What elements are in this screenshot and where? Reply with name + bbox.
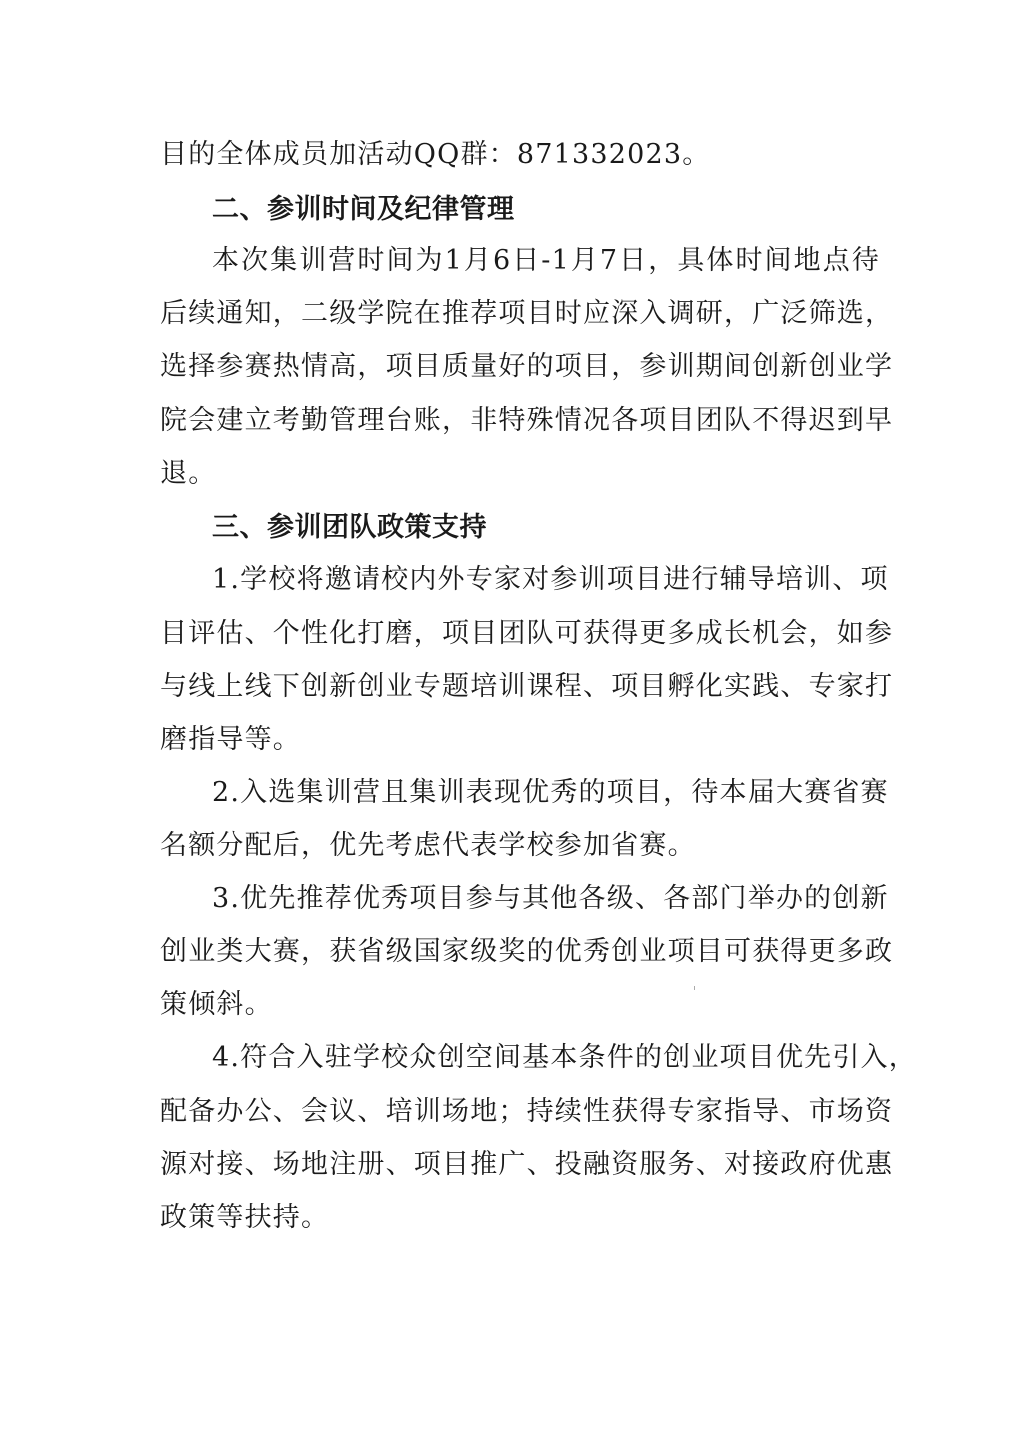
policy-item-4-line-4: 政策等扶持。 <box>160 1200 880 1236</box>
paragraph-schedule-line-4: 院会建立考勤管理台账，非特殊情况各项目团队不得迟到早 <box>160 403 880 439</box>
scan-speck <box>694 986 695 990</box>
policy-item-2-line-1: 2.入选集训营且集训表现优秀的项目，待本届大赛省赛 <box>212 775 880 811</box>
paragraph-schedule-line-3: 选择参赛热情高，项目质量好的项目，参训期间创新创业学 <box>160 349 880 385</box>
policy-item-3-line-3: 策倾斜。 <box>160 987 880 1023</box>
section-heading-policy-support: 三、参训团队政策支持 <box>212 510 932 546</box>
policy-item-1-line-1: 1.学校将邀请校内外专家对参训项目进行辅导培训、项 <box>212 562 880 598</box>
document-page: 目的全体成员加活动QQ群：871332023。 二、参训时间及纪律管理 本次集训… <box>0 0 1024 1447</box>
paragraph-schedule-line-5: 退。 <box>160 456 880 492</box>
body-line-qq-group: 目的全体成员加活动QQ群：871332023。 <box>160 137 880 173</box>
policy-item-4-line-2: 配备办公、会议、培训场地；持续性获得专家指导、市场资 <box>160 1094 880 1130</box>
paragraph-schedule-line-1: 本次集训营时间为1月6日-1月7日，具体时间地点待 <box>212 243 880 279</box>
policy-item-4-line-3: 源对接、场地注册、项目推广、投融资服务、对接政府优惠 <box>160 1147 880 1183</box>
policy-item-1-line-2: 目评估、个性化打磨，项目团队可获得更多成长机会，如参 <box>160 616 880 652</box>
policy-item-4-line-1: 4.符合入驻学校众创空间基本条件的创业项目优先引入， <box>212 1040 880 1076</box>
section-heading-schedule-discipline: 二、参训时间及纪律管理 <box>212 192 932 228</box>
policy-item-3-line-1: 3.优先推荐优秀项目参与其他各级、各部门举办的创新 <box>212 881 880 917</box>
policy-item-1-line-4: 磨指导等。 <box>160 722 880 758</box>
paragraph-schedule-line-2: 后续通知，二级学院在推荐项目时应深入调研，广泛筛选， <box>160 296 880 332</box>
policy-item-1-line-3: 与线上线下创新创业专题培训课程、项目孵化实践、专家打 <box>160 669 880 705</box>
policy-item-2-line-2: 名额分配后，优先考虑代表学校参加省赛。 <box>160 828 880 864</box>
policy-item-3-line-2: 创业类大赛，获省级国家级奖的优秀创业项目可获得更多政 <box>160 934 880 970</box>
